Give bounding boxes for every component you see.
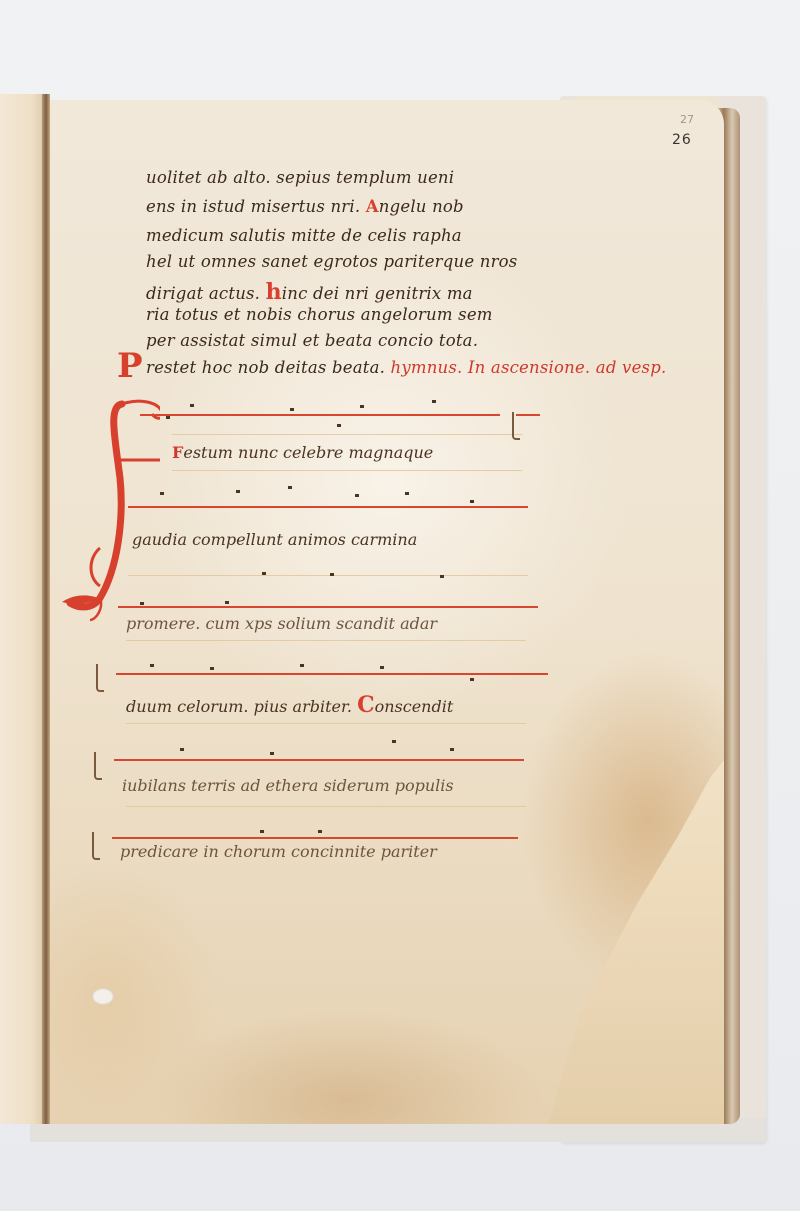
text-line-1: uolitet ab alto. sepius templum ueni	[146, 168, 454, 187]
red-initial-c: C	[357, 692, 375, 718]
text-segment: medicum salutis mitte de celis rapha	[146, 226, 462, 245]
staff-line	[140, 414, 500, 416]
staff-guide-line	[126, 806, 526, 807]
text-segment: ria totus et nobis chorus angelorum sem	[146, 305, 493, 324]
text-segment: restet hoc nob deitas beata.	[146, 358, 391, 377]
hymn-text: promere. cum xps solium scandit adar	[126, 614, 437, 633]
hymn-line-5: iubilans terris ad ethera siderum populi…	[122, 776, 454, 795]
neume	[262, 572, 266, 575]
neume	[337, 424, 341, 427]
staff-guide-line	[172, 434, 522, 435]
staff-line	[118, 606, 538, 608]
neume	[288, 486, 292, 489]
neume	[392, 740, 396, 743]
text-segment: hel ut omnes sanet egrotos pariterque nr…	[146, 252, 517, 271]
staff-line	[116, 673, 548, 675]
red-initial: h	[266, 279, 282, 305]
clef-mark	[94, 752, 102, 780]
neume	[432, 400, 436, 403]
neume	[166, 416, 170, 419]
staff-guide-line	[126, 640, 526, 641]
text-segment: uolitet ab alto. sepius templum ueni	[146, 168, 454, 187]
neume	[180, 748, 184, 751]
neume	[190, 404, 194, 407]
neume	[210, 667, 214, 670]
neume	[318, 830, 322, 833]
text-line-6: ria totus et nobis chorus angelorum sem	[146, 305, 493, 324]
text-segment: ngelu nob	[379, 197, 464, 216]
hymn-line-4: duum celorum. pius arbiter. Conscendit	[126, 692, 453, 718]
text-line-7: per assistat simul et beata concio tota.	[146, 331, 478, 350]
hymn-text: estum nunc celebre magnaque	[183, 443, 433, 462]
neume	[470, 678, 474, 681]
neume	[260, 830, 264, 833]
folio-number: 26	[672, 132, 692, 148]
neume	[450, 748, 454, 751]
neume	[225, 601, 229, 604]
text-line-4: hel ut omnes sanet egrotos pariterque nr…	[146, 252, 517, 271]
neume	[440, 575, 444, 578]
text-line-2: ens in istud misertus nri. Angelu nob	[146, 197, 464, 216]
staff-line	[112, 837, 518, 839]
staff-line	[128, 506, 528, 508]
neume	[140, 602, 144, 605]
neume	[360, 405, 364, 408]
neume	[300, 664, 304, 667]
hymn-initial-letter: F	[172, 443, 183, 462]
neume	[290, 408, 294, 411]
decorated-initial-f	[60, 398, 160, 638]
red-initial: A	[366, 197, 379, 216]
neume	[330, 573, 334, 576]
gutter-fold	[42, 94, 50, 1124]
text-segment: inc dei nri genitrix ma	[282, 284, 473, 303]
clef-mark	[512, 412, 520, 440]
hymn-text: duum celorum. pius arbiter.	[126, 697, 357, 716]
neume	[355, 494, 359, 497]
staff-guide-line	[172, 470, 522, 471]
neume	[150, 664, 154, 667]
hymn-line-1: Festum nunc celebre magnaque	[172, 443, 433, 462]
neume	[236, 490, 240, 493]
staff-guide-line	[128, 575, 528, 576]
text-segment: dirigat actus.	[146, 284, 266, 303]
neume	[160, 492, 164, 495]
folio-number-previous: 27	[680, 113, 694, 126]
hymn-text: predicare in chorum concinnite pariter	[120, 842, 437, 861]
neume	[380, 666, 384, 669]
hymn-line-6: predicare in chorum concinnite pariter	[120, 842, 437, 861]
hymn-line-3: promere. cum xps solium scandit adar	[126, 614, 437, 633]
text-line-5: dirigat actus. hinc dei nri genitrix ma	[146, 279, 473, 305]
hymn-text: iubilans terris ad ethera siderum populi…	[122, 776, 454, 795]
text-line-8: restet hoc nob deitas beata. hymnus. In …	[146, 358, 666, 377]
staff-line	[114, 759, 524, 761]
hymn-line-2: gaudia compellunt animos carmina	[132, 530, 417, 549]
parchment-hole	[92, 988, 114, 1005]
left-page	[0, 94, 46, 1124]
hymn-text: gaudia compellunt animos carmina	[132, 530, 417, 549]
red-initial-p: P	[117, 346, 143, 386]
staff-guide-line	[126, 723, 526, 724]
rubric-hymnus: hymnus. In ascensione. ad vesp.	[391, 358, 667, 377]
clef-mark	[92, 832, 100, 860]
hymn-text: onscendit	[375, 697, 454, 716]
neume	[270, 752, 274, 755]
neume	[405, 492, 409, 495]
neume	[470, 500, 474, 503]
text-line-3: medicum salutis mitte de celis rapha	[146, 226, 462, 245]
text-segment: per assistat simul et beata concio tota.	[146, 331, 478, 350]
clef-mark	[96, 664, 104, 692]
text-segment: ens in istud misertus nri.	[146, 197, 366, 216]
